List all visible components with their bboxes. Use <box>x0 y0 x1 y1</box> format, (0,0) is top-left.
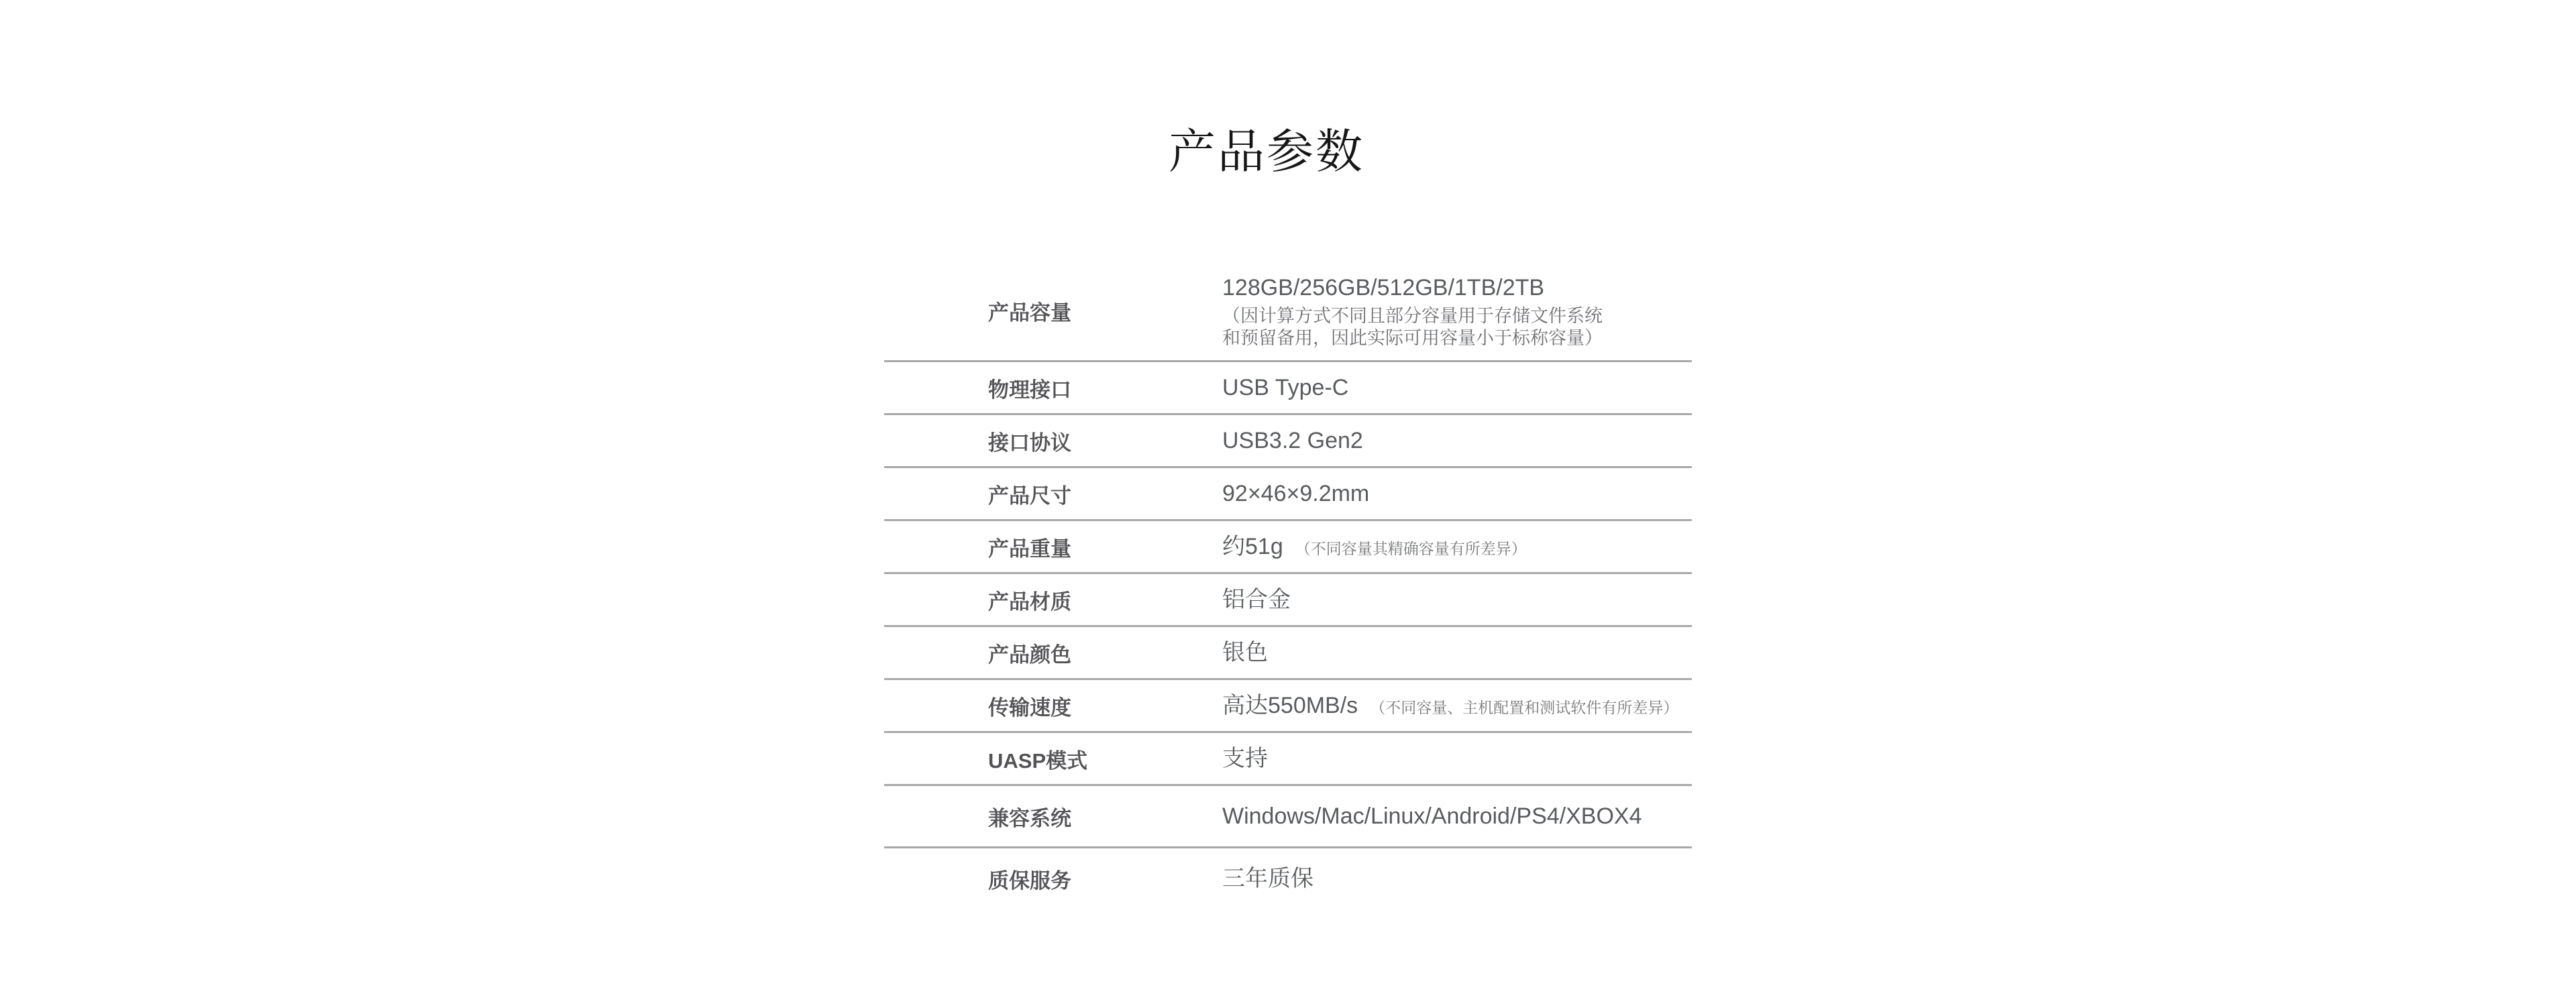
capacity-note: （因计算方式不同且部分容量用于存储文件系统 和预留备用，因此实际可用容量小于标称… <box>1222 305 1692 349</box>
spec-value-cell: 三年质保 <box>1222 864 1692 893</box>
spec-label: 产品颜色 <box>884 638 1222 668</box>
spec-value-cell: 128GB/256GB/512GB/1TB/2TB （因计算方式不同且部分容量用… <box>1222 273 1692 349</box>
spec-row-material: 产品材质 铝合金 <box>884 574 1692 627</box>
spec-row-interface: 物理接口 USB Type-C <box>884 362 1692 415</box>
spec-value: 银色 <box>1222 638 1268 667</box>
spec-row-capacity: 产品容量 128GB/256GB/512GB/1TB/2TB （因计算方式不同且… <box>884 262 1692 362</box>
spec-value: USB3.2 Gen2 <box>1222 426 1363 455</box>
spec-value-cell: 铝合金 <box>1222 585 1692 614</box>
spec-row-color: 产品颜色 银色 <box>884 627 1692 680</box>
spec-value-cell: 92×46×9.2mm <box>1222 479 1692 508</box>
spec-row-compatibility: 兼容系统 Windows/Mac/Linux/Android/PS4/XBOX4 <box>884 786 1692 848</box>
spec-value: 铝合金 <box>1222 585 1291 614</box>
spec-label: 接口协议 <box>884 426 1222 456</box>
spec-label: 产品容量 <box>884 296 1222 326</box>
spec-label: 传输速度 <box>884 691 1222 721</box>
product-detail-canvas: 产品参数 产品容量 128GB/256GB/512GB/1TB/2TB （因计算… <box>0 0 2576 1006</box>
spec-label: 质保服务 <box>884 864 1222 894</box>
spec-value: 92×46×9.2mm <box>1222 479 1369 508</box>
capacity-note-line-1: （因计算方式不同且部分容量用于存储文件系统 <box>1222 305 1692 327</box>
spec-label: 物理接口 <box>884 373 1222 403</box>
spec-value-cell: 支持 <box>1222 744 1692 773</box>
spec-value: 支持 <box>1222 744 1268 773</box>
spec-label: 产品尺寸 <box>884 479 1222 509</box>
spec-label: 兼容系统 <box>884 801 1222 832</box>
spec-label: 产品重量 <box>884 532 1222 562</box>
spec-value: USB Type-C <box>1222 373 1348 402</box>
capacity-note-line-2: 和预留备用，因此实际可用容量小于标称容量） <box>1222 327 1692 349</box>
section-title: 产品参数 <box>863 0 1670 178</box>
spec-row-uasp: UASP模式 支持 <box>884 733 1692 786</box>
spec-value: 三年质保 <box>1222 864 1313 893</box>
spec-value-cell: USB Type-C <box>1222 373 1692 402</box>
spec-value-cell: 高达550MB/s （不同容量、主机配置和测试软件有所差异） <box>1222 691 1692 720</box>
spec-section: 产品参数 产品容量 128GB/256GB/512GB/1TB/2TB （因计算… <box>884 0 1692 909</box>
spec-value: 128GB/256GB/512GB/1TB/2TB <box>1222 273 1692 302</box>
spec-value-cell: Windows/Mac/Linux/Android/PS4/XBOX4 <box>1222 801 1692 831</box>
speed-note: （不同容量、主机配置和测试软件有所差异） <box>1370 695 1678 718</box>
spec-value: 高达550MB/s <box>1222 691 1358 720</box>
spec-value-cell: 银色 <box>1222 638 1692 667</box>
spec-value-cell: 约51g （不同容量其精确容量有所差异） <box>1222 532 1692 561</box>
spec-value: 约51g <box>1222 532 1283 561</box>
weight-note: （不同容量其精确容量有所差异） <box>1295 537 1527 559</box>
spec-row-dimensions: 产品尺寸 92×46×9.2mm <box>884 468 1692 521</box>
spec-value-cell: USB3.2 Gen2 <box>1222 426 1692 455</box>
spec-value: Windows/Mac/Linux/Android/PS4/XBOX4 <box>1222 801 1642 831</box>
spec-table: 产品容量 128GB/256GB/512GB/1TB/2TB （因计算方式不同且… <box>884 262 1692 909</box>
spec-row-protocol: 接口协议 USB3.2 Gen2 <box>884 415 1692 468</box>
spec-row-warranty: 质保服务 三年质保 <box>884 848 1692 909</box>
spec-label: 产品材质 <box>884 585 1222 615</box>
spec-row-weight: 产品重量 约51g （不同容量其精确容量有所差异） <box>884 521 1692 574</box>
spec-row-speed: 传输速度 高达550MB/s （不同容量、主机配置和测试软件有所差异） <box>884 680 1692 733</box>
spec-label: UASP模式 <box>884 744 1222 774</box>
